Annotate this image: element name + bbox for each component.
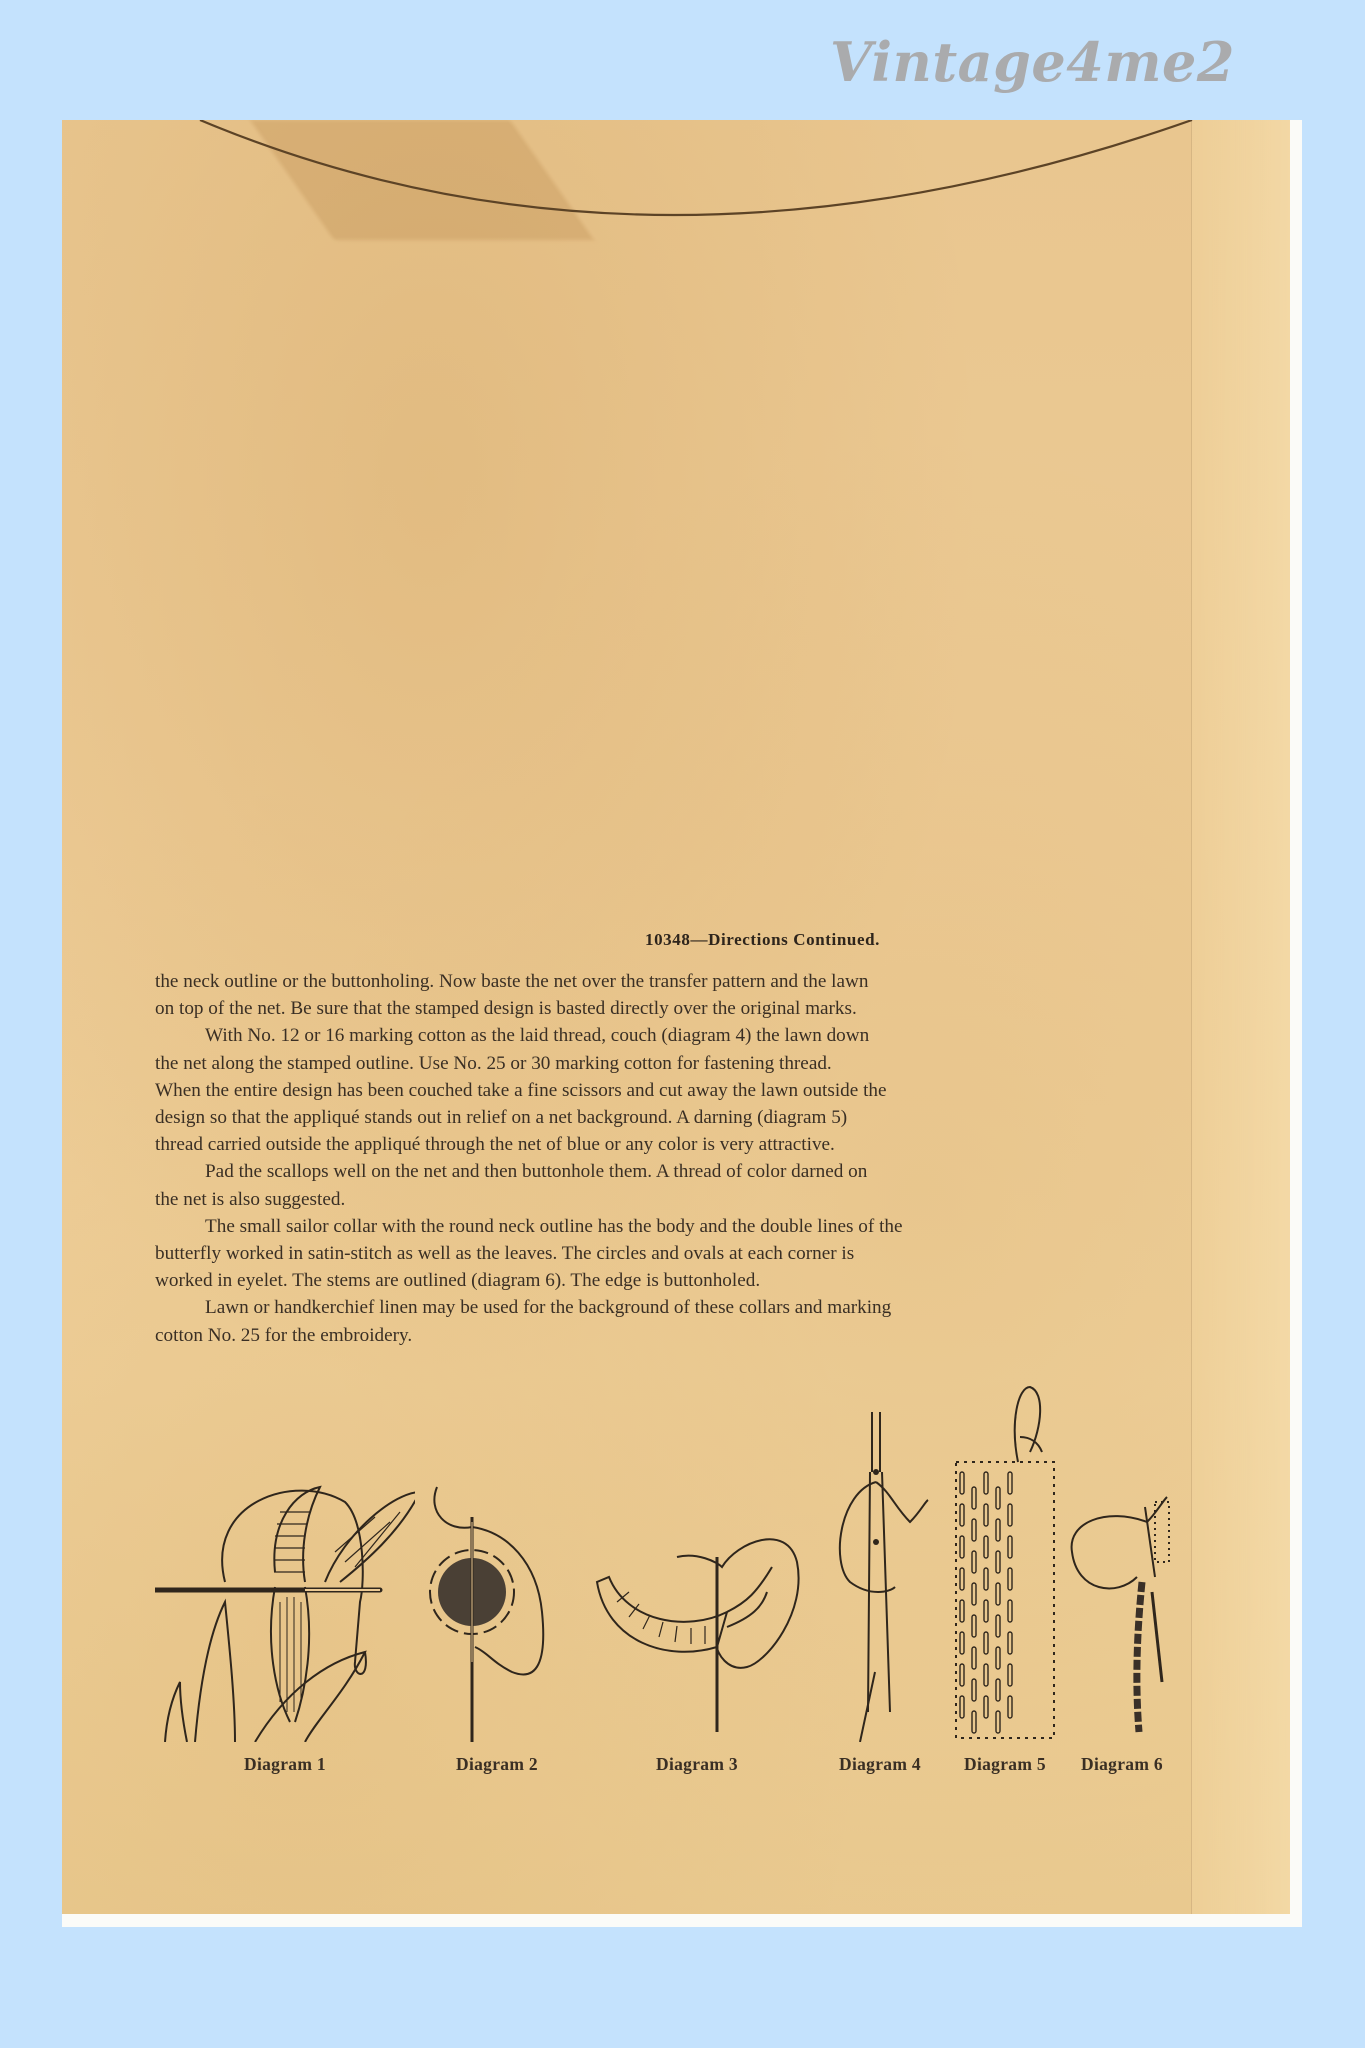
diagram-3-label: Diagram 3 [587, 1754, 807, 1775]
diagram-3: Diagram 3 [587, 1522, 807, 1775]
text-line: Pad the scallops well on the net and the… [155, 1158, 1190, 1185]
neckline-arc [62, 120, 1290, 320]
text-line: thread carried outside the appliqué thro… [155, 1131, 1190, 1158]
paper-fold-edge [1191, 120, 1290, 1914]
couching-needle-icon [820, 1412, 940, 1742]
curved-satin-stitch-icon [587, 1522, 807, 1742]
watermark: Vintage4me2 [830, 30, 1235, 94]
text-line: on top of the net. Be sure that the stam… [155, 995, 1190, 1022]
text-line: cotton No. 25 for the embroidery. [155, 1322, 1190, 1349]
eyelet-dot-icon [417, 1482, 577, 1742]
text-line: the net is also suggested. [155, 1186, 1190, 1213]
diagram-5: Diagram 5 [950, 1382, 1060, 1775]
text-line: design so that the appliqué stands out i… [155, 1104, 1190, 1131]
directions-document: 10348—Directions Continued. the neck out… [155, 930, 1190, 1349]
text-line: When the entire design has been couched … [155, 1077, 1190, 1104]
text-line: Lawn or handkerchief linen may be used f… [155, 1294, 1190, 1321]
stitch-diagrams: Diagram 1 Diagram 2 [155, 1395, 1185, 1775]
diagram-6: Diagram 6 [1067, 1482, 1177, 1775]
diagram-5-label: Diagram 5 [950, 1754, 1060, 1775]
diagram-1: Diagram 1 [155, 1462, 415, 1775]
text-line: the neck outline or the buttonholing. No… [155, 968, 1190, 995]
diagram-4: Diagram 4 [820, 1412, 940, 1775]
diagram-6-label: Diagram 6 [1067, 1754, 1177, 1775]
text-line: the net along the stamped outline. Use N… [155, 1050, 1190, 1077]
text-line: worked in eyelet. The stems are outlined… [155, 1267, 1190, 1294]
directions-text: the neck outline or the buttonholing. No… [155, 968, 1190, 1349]
text-line: With No. 12 or 16 marking cotton as the … [155, 1022, 1190, 1049]
diagram-2: Diagram 2 [417, 1482, 577, 1775]
text-line: The small sailor collar with the round n… [155, 1213, 1190, 1240]
text-line: butterfly worked in satin-stitch as well… [155, 1240, 1190, 1267]
diagram-1-label: Diagram 1 [155, 1754, 415, 1775]
darning-stitch-icon [950, 1382, 1060, 1742]
diagram-4-label: Diagram 4 [820, 1754, 940, 1775]
document-heading: 10348—Directions Continued. [335, 930, 1190, 950]
diagram-2-label: Diagram 2 [417, 1754, 577, 1775]
outline-stitch-icon [1067, 1482, 1177, 1742]
satin-stitch-leaf-icon [155, 1462, 415, 1742]
